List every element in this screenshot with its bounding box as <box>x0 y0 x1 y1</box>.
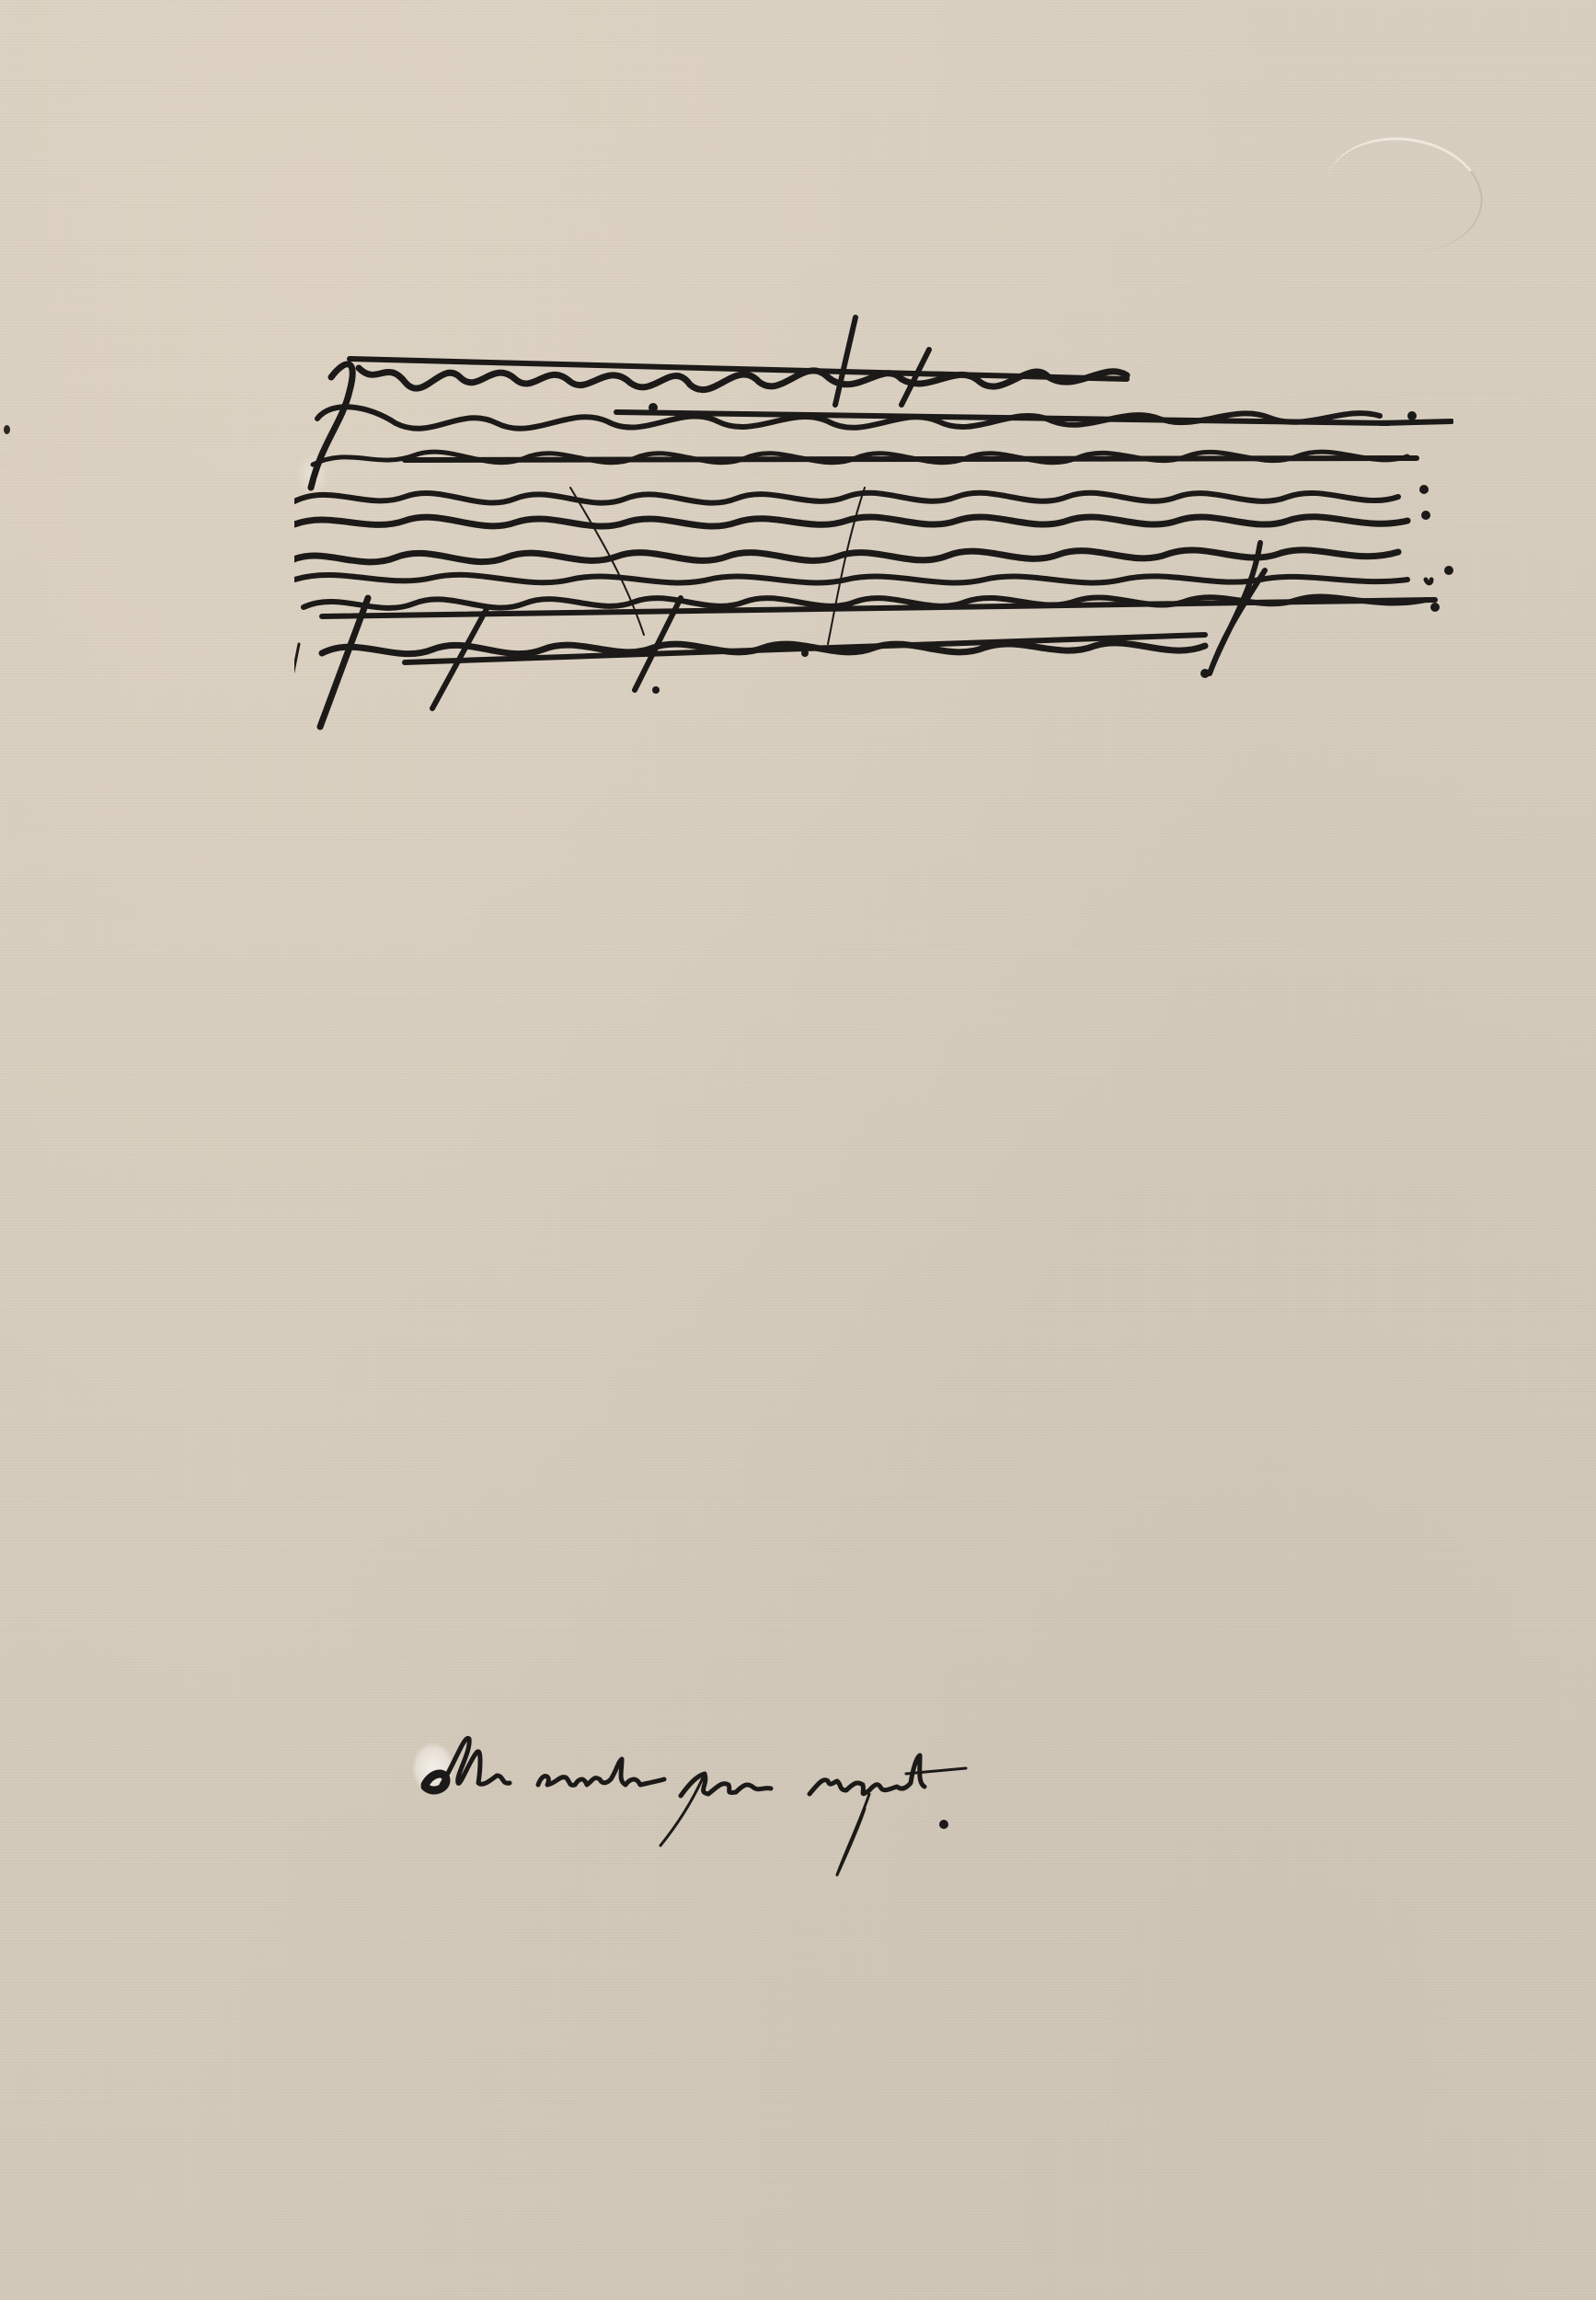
manuscript-page: elle couche son regret. struck-through /… <box>0 0 1596 2300</box>
crossed-out-text-block <box>294 304 1453 736</box>
scribbled-handwriting <box>294 304 1453 736</box>
final-handwritten-line <box>405 1720 1251 1886</box>
handwriting-elle-couche-son-regret <box>405 1720 1251 1886</box>
ink-speck <box>4 425 10 434</box>
paper-stain-top-right <box>1317 128 1489 262</box>
